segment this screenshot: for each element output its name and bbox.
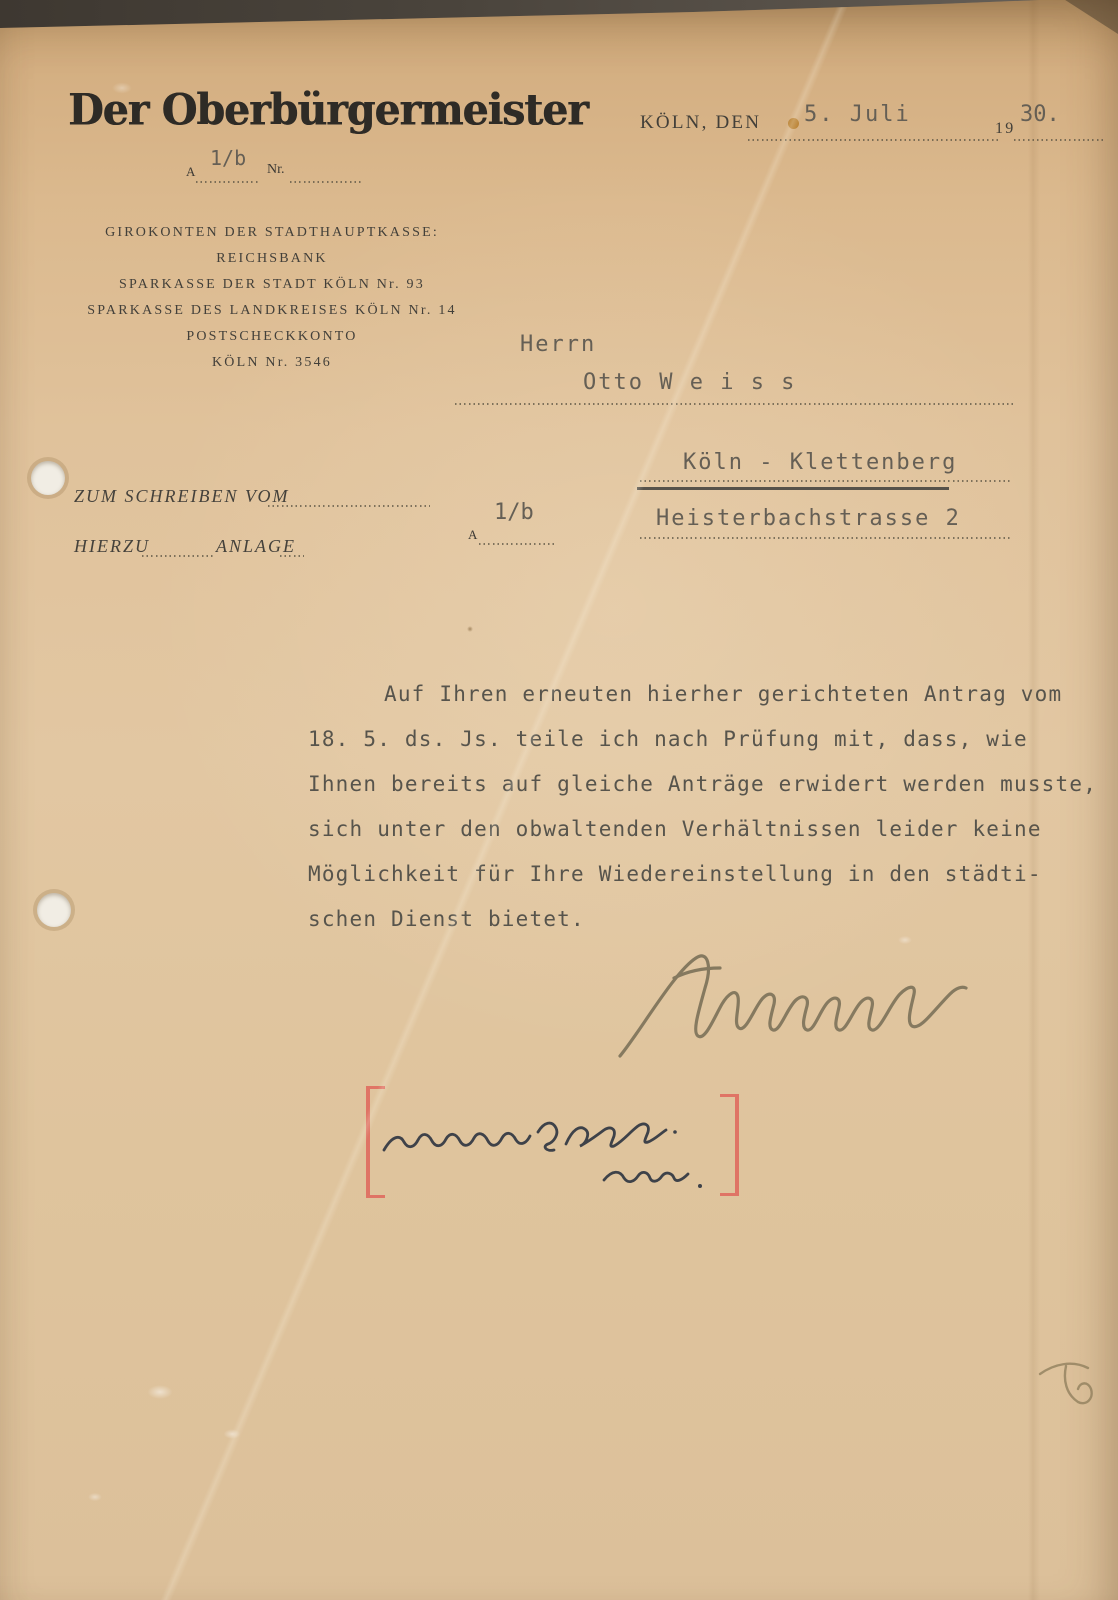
body-line: 18. 5. ds. Js. teile ich nach Prüfung mi… — [308, 717, 1098, 762]
dateline-dotted-line — [748, 139, 998, 141]
body-line: Ihnen bereits auf gleiche Anträge erwide… — [308, 762, 1098, 807]
recipient-name-dotted-line — [455, 403, 1015, 405]
body-line: Möglichkeit für Ihre Wiedereinstellung i… — [308, 852, 1098, 897]
bank-account-line: REICHSBANK — [70, 246, 474, 272]
signature-handwriting — [612, 944, 972, 1059]
dateline-place-label: KÖLN, DEN — [640, 112, 761, 134]
bank-accounts-heading: GIROKONTEN DER STADTHAUPTKASSE: — [70, 220, 474, 246]
ref-nr-label: Nr. — [267, 162, 285, 178]
recipient-ref-typed-value: 1/b — [494, 500, 534, 525]
pencil-mark — [1036, 1352, 1106, 1417]
received-note-handwriting — [378, 1088, 718, 1198]
zum-schreiben-dotted-line — [268, 505, 430, 507]
recipient-street: Heisterbachstrasse 2 — [656, 506, 961, 531]
scanned-letter-page: Der Oberbürgermeister A 1/b Nr. GIROKONT… — [0, 0, 1118, 1600]
anlage-dotted-line — [280, 555, 304, 557]
hierzu-label: HIERZU — [74, 536, 150, 557]
ref-typed-value: 1/b — [210, 146, 246, 170]
ink-spot — [788, 118, 799, 129]
dateline-typed-date: 5. Juli — [804, 102, 911, 127]
body-line: sich unter den obwaltenden Verhältnissen… — [308, 807, 1098, 852]
recipient-name: Otto W e i s s — [583, 370, 796, 395]
letterhead-title: Der Oberbürgermeister — [68, 84, 588, 135]
red-bracket-right — [720, 1094, 739, 1196]
bank-account-line: POSTSCHECKKONTO — [70, 324, 474, 350]
anlage-label: ANLAGE — [216, 536, 296, 557]
recipient-ref-dotted-line — [479, 543, 557, 545]
hierzu-dotted-line — [142, 555, 214, 557]
district-typed-underline — [637, 487, 949, 490]
punch-hole-bottom — [37, 893, 71, 927]
dateline-dotted-line-end — [1014, 139, 1104, 141]
zum-schreiben-vom-label: ZUM SCHREIBEN VOM — [74, 486, 289, 507]
bank-accounts-block: GIROKONTEN DER STADTHAUPTKASSE: REICHSBA… — [70, 220, 474, 376]
paper-corner-fold — [1058, 0, 1118, 34]
street-dotted-line — [640, 537, 1012, 539]
body-line: schen Dienst bietet. — [308, 897, 1098, 942]
letter-body: Auf Ihren erneuten hierher gerichteten A… — [308, 672, 1098, 942]
ref-dotted-line — [196, 181, 260, 183]
bank-account-line: SPARKASSE DER STADT KÖLN Nr. 93 — [70, 272, 474, 298]
district-dotted-line — [640, 480, 1012, 482]
dateline-year-prefix: 19 — [995, 120, 1015, 138]
recipient-ref-prefix: A — [468, 527, 477, 543]
dateline-typed-year: 30. — [1020, 102, 1060, 127]
ref-nr-dotted-line — [290, 181, 362, 183]
paper-sheet: Der Oberbürgermeister A 1/b Nr. GIROKONT… — [0, 0, 1118, 1600]
recipient-salutation: Herrn — [520, 332, 596, 357]
bank-account-line: SPARKASSE DES LANDKREISES KÖLN Nr. 14 — [70, 298, 474, 324]
bank-account-line: KÖLN Nr. 3546 — [70, 350, 474, 376]
ref-prefix-label: A — [186, 164, 195, 180]
punch-hole-top — [31, 461, 65, 495]
recipient-district: Köln - Klettenberg — [683, 450, 957, 475]
body-line: Auf Ihren erneuten hierher gerichteten A… — [308, 672, 1098, 717]
